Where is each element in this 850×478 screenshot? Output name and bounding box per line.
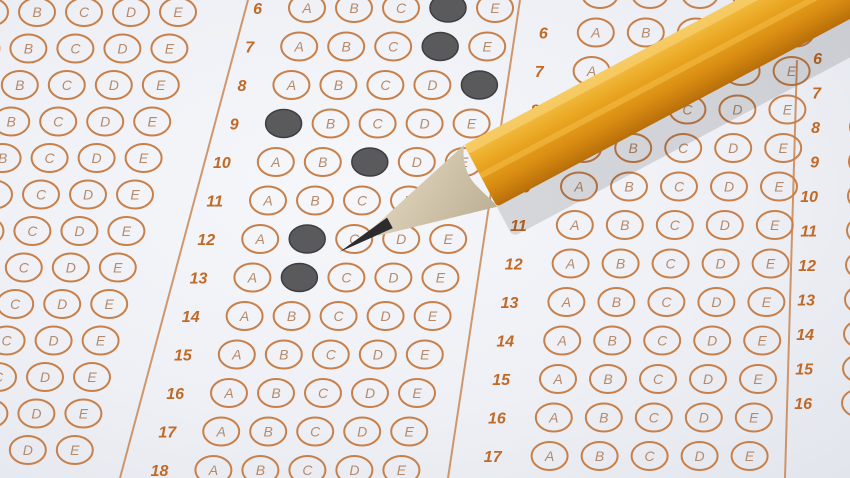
question-row: 11ABCDE [206,187,474,215]
question-row: 8ABCDE [530,96,805,124]
question-number: 6 [813,51,822,68]
bubble-letter: A [573,179,583,195]
bubble-letter: E [412,385,422,401]
bubble-letter: D [396,231,406,247]
question-number: 13 [501,295,519,312]
bubble-letter: B [342,39,351,55]
question-number: 8 [237,78,246,95]
question-row: ABCDE [0,254,136,282]
bubble-letter: D [711,294,721,310]
bubble-letter: B [629,140,638,156]
question-row: 10ABDE [213,148,482,176]
bubble-letter: C [661,294,672,310]
bubble-letter: E [405,424,415,440]
question-number: 11 [510,218,527,235]
bubble-letter: C [62,77,73,93]
bubble-letter: D [703,371,713,387]
filled-bubble[interactable] [281,264,317,292]
bubble-letter: D [724,179,734,195]
bubble-letter: E [490,0,500,16]
question-row: 12ACDE [197,225,466,253]
bubble-letter: A [216,424,226,440]
bubble-letter: C [666,256,677,272]
bubble-letter: A [223,385,233,401]
bubble-letter: B [608,333,617,349]
question-row: 11ABCDE [800,217,850,245]
question-number: 17 [484,449,503,466]
question-row: 5ABCDE [543,0,818,8]
bubble-letter: E [148,114,158,130]
question-row: 14ABCDE [182,302,451,330]
bubble-letter: E [749,410,759,426]
filled-bubble[interactable] [461,71,497,99]
bubble-letter: E [105,296,115,312]
bubble-letter: C [357,193,368,209]
question-row: ABCDE [0,181,153,209]
bubble-letter: C [349,231,360,247]
bubble-answer-sheet: 7ABCDEABCDEABCDEABCDEABCDEABCDEABCDEABCD… [0,0,850,478]
answer-bubble[interactable] [844,320,850,348]
question-number: 7 [535,64,545,81]
bubble-letter: D [357,424,367,440]
bubble-letter: A [565,256,575,272]
bubble-letter: C [10,296,21,312]
question-row: ABCDE [0,71,179,99]
bubble-letter: B [349,0,358,16]
question-number: 14 [182,309,200,326]
filled-bubble[interactable] [289,225,325,253]
bubble-letter: C [645,448,656,464]
question-number: 15 [795,362,814,379]
question-row: 10ABCDE [800,182,850,210]
bubble-letter: D [365,385,375,401]
question-number: 18 [151,463,169,478]
question-row: 7ABCDE [535,57,810,85]
bubble-letter: C [334,308,345,324]
bubble-letter: A [578,140,588,156]
question-number: 10 [213,155,231,172]
bubble-letter: A [590,25,600,41]
question-number: 9 [230,117,239,134]
bubble-letter: C [691,25,702,41]
bubble-letter: B [256,462,265,478]
question-row: 7ABCDE [0,0,196,26]
bubble-letter: C [70,41,81,57]
question-number: 12 [798,258,816,275]
bubble-letter: D [57,296,67,312]
bubble-letter: D [695,448,705,464]
bubble-letter: E [139,150,149,166]
bubble-letter: E [770,217,780,233]
question-row: 12ABCDE [798,251,850,279]
question-row: 10ABCDE [513,173,797,201]
bubble-letter: B [0,150,7,166]
bubble-letter: A [255,231,265,247]
question-number: 6 [539,26,548,43]
bubble-letter: D [737,63,747,79]
question-row: ABCDE [0,35,187,63]
bubble-letter: D [92,150,102,166]
bubble-letter: D [745,0,755,2]
question-row: 17ABCDE [484,442,768,470]
question-number: 15 [492,372,511,389]
bubble-letter: D [388,270,398,286]
bubble-letter: B [641,25,650,41]
bubble-letter: E [165,41,175,57]
bubble-letter: E [444,231,454,247]
question-row: 14ABCDE [796,320,850,348]
bubble-letter: B [24,41,33,57]
bubble-letter: E [783,102,793,118]
bubble-letter: D [728,140,738,156]
question-row: ABCDE [0,108,170,136]
bubble-letter: D [23,442,33,458]
question-row: 13ACDE [190,264,459,292]
filled-bubble[interactable] [352,148,388,176]
bubble-letter: A [286,77,296,93]
bubble-letter: E [420,347,430,363]
question-row: 9ABCDE [810,148,850,176]
question-number: 14 [496,334,514,351]
bubble-letter: C [79,4,90,20]
bubble-letter: A [544,448,554,464]
question-row: 15ABCDE [492,365,776,393]
bubble-letter: D [66,260,76,276]
question-row: ABCDE [0,400,101,428]
bubble-letter: D [741,25,751,41]
question-number: 13 [190,271,208,288]
question-row: ABCDE [0,363,110,391]
question-row: 9ABCDE [526,134,801,162]
question-row: 18ABCDE [151,456,420,478]
question-number: 16 [794,396,812,413]
bubble-letter: A [270,154,280,170]
bubble-letter: C [682,102,693,118]
question-row: 8ABCD [237,71,497,99]
question-number: 13 [797,293,815,310]
bubble-letter: D [420,116,430,132]
answer-bubble[interactable] [0,181,12,209]
answer-bubble[interactable] [846,251,850,279]
bubble-letter: E [70,442,80,458]
bubble-letter: A [594,0,604,2]
bubble-letter: C [19,260,30,276]
bubble-letter: E [87,369,97,385]
question-number: 10 [800,189,818,206]
question-row: 8ABCDE [811,113,850,141]
bubble-letter: E [745,448,755,464]
question-number: 5 [543,0,553,4]
bubble-letter: B [616,256,625,272]
bubble-letter: A [247,270,257,286]
question-number: 7 [812,86,822,103]
bubble-letter: C [380,77,391,93]
bubble-letter: B [326,116,335,132]
bubble-letter: E [459,154,469,170]
bubble-letter: A [262,193,272,209]
bubble-letter: B [612,294,621,310]
bubble-letter: E [428,308,438,324]
answer-sheet-photo: 7ABCDEABCDEABCDEABCDEABCDEABCDEABCDEABCD… [0,0,850,478]
bubble-letter: C [36,187,47,203]
bubble-letter: C [670,217,681,233]
answer-bubble[interactable] [0,217,3,245]
question-number: 9 [810,155,819,172]
bubble-letter: C [373,116,384,132]
bubble-letter: E [483,39,493,55]
bubble-letter: A [301,0,311,16]
bubble-letter: A [552,371,562,387]
answer-bubble[interactable] [0,0,8,26]
bubble-letter: E [779,140,789,156]
bubble-letter: C [657,333,668,349]
bubble-letter: D [117,41,127,57]
bubble-letter: B [287,308,296,324]
bubble-letter: B [310,193,319,209]
bubble-letter: D [126,4,136,20]
filled-bubble[interactable] [422,33,458,61]
bubble-letter: E [113,260,123,276]
bubble-letter: E [130,187,140,203]
bubble-letter: C [649,410,660,426]
bubble-letter: D [349,462,359,478]
question-row: 7ABCE [245,33,505,61]
bubble-letter: D [699,410,709,426]
bubble-letter: C [53,114,64,130]
question-row: 16ABCDE [166,379,435,407]
question-row: 14ABCDE [496,327,780,355]
bubble-letter: B [620,217,629,233]
question-row: 13ABCDE [797,286,850,314]
bubble-letter: A [208,462,218,478]
bubble-letter: E [397,462,407,478]
bubble-letter: D [100,114,110,130]
bubble-letter: D [83,187,93,203]
question-row: 7ABCDE [812,79,850,107]
question-row: ABCDE [0,290,127,318]
bubble-letter: D [49,333,59,349]
bubble-letter: E [96,333,106,349]
bubble-letter: E [787,63,797,79]
question-row: 13ABCDE [501,288,785,316]
bubble-letter: C [326,347,337,363]
bubble-letter: B [595,448,604,464]
bubble-letter: D [412,154,422,170]
question-row: 6ABCDE [539,19,814,47]
filled-bubble[interactable] [430,0,466,22]
answer-bubble[interactable] [843,355,850,383]
bubble-letter: E [173,4,183,20]
answer-bubble[interactable] [842,389,850,417]
question-row: ABCDE [0,144,162,172]
bubble-letter: B [645,0,654,2]
bubble-letter: E [156,77,166,93]
bubble-letter: B [624,179,633,195]
bubble-letter: D [373,347,383,363]
bubble-letter: D [381,308,391,324]
question-number: 8 [530,103,539,120]
question-number: 9 [526,141,535,158]
question-number: 11 [206,194,223,211]
bubble-letter: A [557,333,567,349]
bubble-letter: A [561,294,571,310]
question-row: 15ABCDE [795,355,850,383]
bubble-letter: A [294,39,304,55]
question-number: 8 [811,120,820,137]
bubble-letter: C [302,462,313,478]
question-row: 16ABCDE [794,389,850,417]
bubble-letter: E [791,25,801,41]
question-number: 11 [800,224,817,241]
far-right-column: 6ABCDE7ABCDE8ABCDE9ABCDE10ABCDE11ABCDE12… [794,44,850,417]
bubble-letter: B [318,154,327,170]
bubble-letter: D [707,333,717,349]
bubble-letter: E [758,333,768,349]
answer-bubble[interactable] [845,286,850,314]
bubble-letter: E [753,371,763,387]
question-row: ABCDE [0,217,144,245]
bubble-letter: E [774,179,784,195]
question-row: 9BCDE [230,110,490,138]
bubble-letter: B [15,77,24,93]
bubble-letter: E [762,294,772,310]
bubble-letter: D [732,102,742,118]
bubble-letter: C [388,39,399,55]
question-row: 15ABCDE [174,341,443,369]
bubble-letter: A [569,217,579,233]
bubble-letter: E [436,270,446,286]
bubble-letter: C [396,0,407,16]
bubble-letter: C [674,179,685,195]
bubble-letter: B [32,4,41,20]
bubble-letter: A [231,347,241,363]
bubble-letter: E [451,193,461,209]
question-number: 16 [488,411,506,428]
bubble-letter: C [341,270,352,286]
bubble-letter: B [633,102,642,118]
question-row: 17ABCDE [158,418,427,446]
bubble-letter: C [678,140,689,156]
bubble-letter: B [279,347,288,363]
bubble-letter: C [2,333,13,349]
question-row: 11ABCDE [510,211,793,239]
bubble-letter: A [239,308,249,324]
question-row: 16ABCDE [488,404,772,432]
question-number: 10 [513,180,531,197]
bubble-letter: B [637,63,646,79]
bubble-letter: D [427,77,437,93]
question-number: 17 [158,425,177,442]
question-row: 6ABCE [253,0,513,22]
bubble-letter: A [586,63,596,79]
question-row: 12ABCDE [505,250,789,278]
bubble-letter: A [582,102,592,118]
bubble-letter: B [7,114,16,130]
bubble-letter: C [653,371,664,387]
bubble-letter: C [27,223,38,239]
bubble-letter: D [74,223,84,239]
question-number: 12 [197,232,215,249]
right-column: 5ABCDE6ABCDE7ABCDE8ABCDE9ABCDE10ABCDE11A… [484,0,818,470]
bubble-letter: D [716,256,726,272]
question-row: ABCDE [0,436,93,464]
bubble-letter: B [599,410,608,426]
question-number: 6 [253,1,262,18]
bubble-letter: D [109,77,119,93]
bubble-letter: E [795,0,805,2]
question-row: 6ABCDE [813,44,850,72]
bubble-letter: B [271,385,280,401]
answer-bubble[interactable] [0,400,7,428]
question-number: 16 [166,386,184,403]
bubble-letter: D [31,406,41,422]
bubble-letter: E [122,223,132,239]
bubble-letter: E [79,406,89,422]
question-row: ABCDE [0,327,119,355]
bubble-letter: C [695,0,706,2]
bubble-letter: C [0,369,4,385]
bubble-letter: E [766,256,776,272]
bubble-letter: A [548,410,558,426]
bubble-letter: C [318,385,329,401]
bubble-letter: B [603,371,612,387]
bubble-letter: B [334,77,343,93]
question-number: 12 [505,257,523,274]
question-number: 7 [245,40,255,57]
filled-bubble[interactable] [266,110,302,138]
bubble-letter: B [264,424,273,440]
bubble-letter: C [687,63,698,79]
bubble-letter: C [45,150,56,166]
bubble-letter: D [40,369,50,385]
bubble-letter: D [720,217,730,233]
bubble-letter: E [467,116,477,132]
question-number: 15 [174,348,193,365]
bubble-letter: D [404,193,414,209]
question-number: 14 [796,327,814,344]
bubble-letter: C [310,424,321,440]
